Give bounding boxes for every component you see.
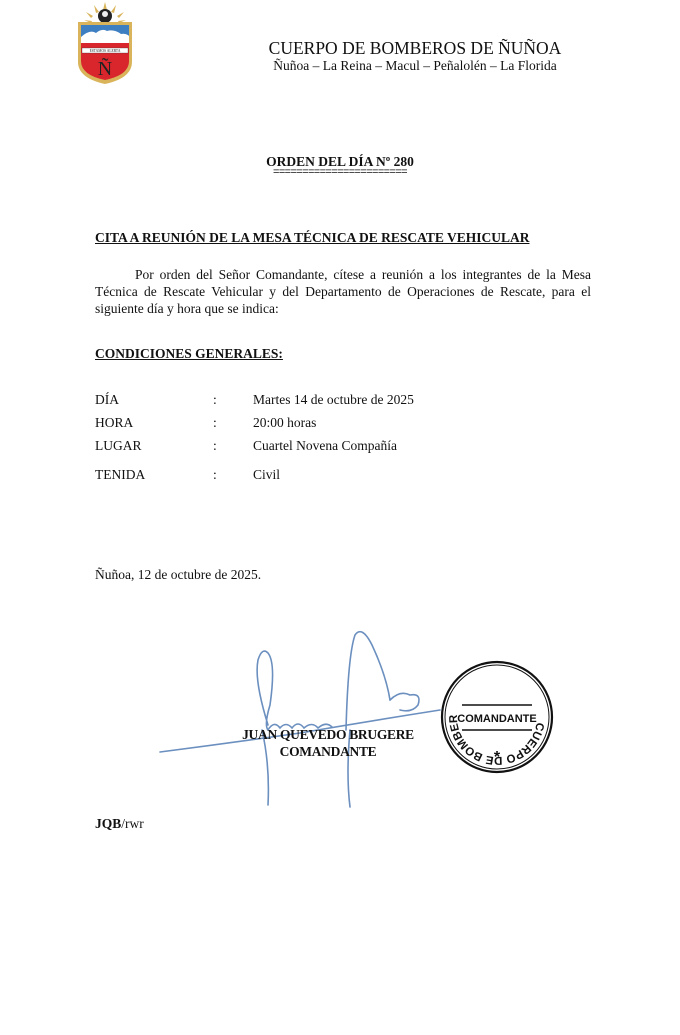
signatory-role: COMANDANTE (228, 743, 428, 760)
body-paragraph-text: Por orden del Señor Comandante, cítese a… (95, 267, 591, 316)
stamp-center-text: COMANDANTE (457, 713, 536, 725)
signatory-block: JUAN QUEVEDO BRUGERE COMANDANTE (228, 726, 428, 760)
body-paragraph: Por orden del Señor Comandante, cítese a… (95, 266, 591, 317)
motto-text: ESTAMOS ALERTA (90, 49, 121, 53)
condition-separator: : (213, 467, 217, 483)
initials-bold: JQB (95, 816, 121, 831)
letterhead: CUERPO DE BOMBEROS DE ÑUÑOA Ñuñoa – La R… (150, 38, 680, 74)
initials-rest: /rwr (121, 816, 144, 831)
subject-heading: CITA A REUNIÓN DE LA MESA TÉCNICA DE RES… (95, 230, 529, 246)
conditions-heading: CONDICIONES GENERALES: (95, 346, 283, 362)
order-title-rule: ======================= (0, 166, 680, 178)
condition-value: Cuartel Novena Compañía (253, 438, 397, 454)
signatory-name: JUAN QUEVEDO BRUGERE (228, 726, 428, 743)
condition-separator: : (213, 415, 217, 431)
initials-reference: JQB/rwr (95, 816, 144, 832)
condition-value: Martes 14 de octubre de 2025 (253, 392, 414, 408)
org-subtitle: Ñuñoa – La Reina – Macul – Peñalolén – L… (150, 58, 680, 74)
condition-label: TENIDA (95, 467, 205, 483)
fire-department-crest-icon: ESTAMOS ALERTA Ñ (74, 0, 136, 86)
svg-text:Ñ: Ñ (98, 56, 112, 80)
date-line: Ñuñoa, 12 de octubre de 2025. (95, 567, 261, 583)
condition-label: DÍA (95, 392, 205, 408)
handwritten-signature-icon (150, 625, 450, 810)
condition-label: LUGAR (95, 438, 205, 454)
condition-separator: : (213, 438, 217, 454)
org-name: CUERPO DE BOMBEROS DE ÑUÑOA (150, 38, 680, 58)
stamp-star: * (494, 749, 501, 766)
condition-label: HORA (95, 415, 205, 431)
official-stamp-icon: CUERPO DE BOMBEROS DE ÑUÑOA COMANDANTE * (440, 660, 554, 774)
condition-value: 20:00 horas (253, 415, 316, 431)
condition-separator: : (213, 392, 217, 408)
condition-value: Civil (253, 467, 280, 483)
